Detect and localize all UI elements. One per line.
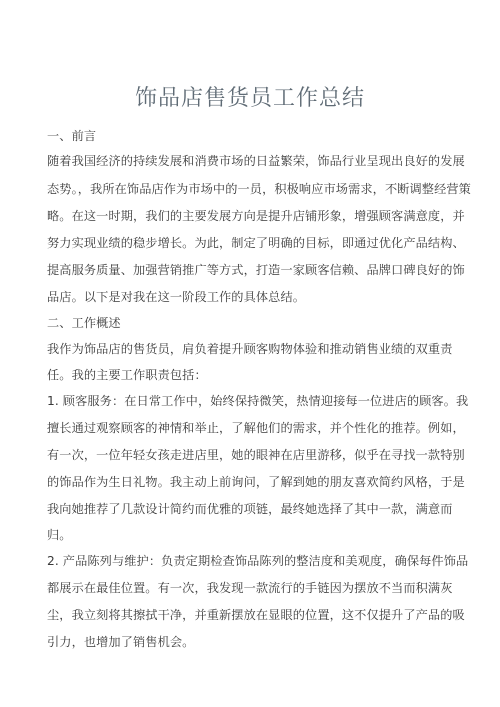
paragraph-line: 都展示在最佳位置。有一次，我发现一款流行的手链因为摆放不当而积满灰 bbox=[47, 580, 453, 596]
paragraph-line: 引力，也增加了销售机会。 bbox=[47, 634, 194, 650]
paragraph-line: 态势。，我所在饰品店作为市场中的一员，积极响应市场需求，不断调整经营策 bbox=[47, 181, 471, 197]
paragraph-line: 努力实现业绩的稳步增长。为此，制定了明确的目标，即通过优化产品结构、 bbox=[47, 235, 465, 251]
paragraph-line: 归。 bbox=[47, 527, 72, 543]
paragraph-line: 品店。以下是对我在这一阶段工作的具体总结。 bbox=[47, 289, 305, 305]
paragraph-line: 擅长通过观察顾客的神情和举止，了解他们的需求，并个性化的推荐。例如， bbox=[47, 420, 465, 436]
section-heading-overview: 二、工作概述 bbox=[47, 315, 121, 331]
paragraph-line: 我作为饰品店的售货员，肩负着提升顾客购物体验和推动销售业绩的双重责 bbox=[47, 341, 453, 357]
paragraph-line: 随着我国经济的持续发展和消费市场的日益繁荣，饰品行业呈现出良好的发展 bbox=[47, 153, 465, 169]
list-item-customer-service: 1. 顾客服务：在日常工作中，始终保持微笑，热情迎接每一位进店的顾客。我 bbox=[47, 393, 468, 409]
paragraph-line: 的饰品作为生日礼物。我主动上前询问，了解到她的朋友喜欢简约风格，于是 bbox=[47, 474, 465, 490]
document-page: 饰品店售货员工作总结 一、前言 随着我国经济的持续发展和消费市场的日益繁荣，饰品… bbox=[0, 0, 500, 707]
paragraph-line: 提高服务质量、加强营销推广等方式，打造一家顾客信赖、品牌口碑良好的饰 bbox=[47, 262, 465, 278]
list-item-product-display: 2. 产品陈列与维护：负责定期检查饰品陈列的整洁度和美观度，确保每件饰品 bbox=[47, 553, 468, 569]
section-heading-preface: 一、前言 bbox=[47, 128, 96, 144]
document-title: 饰品店售货员工作总结 bbox=[0, 84, 500, 114]
paragraph-line: 略。在这一时期，我们的主要发展方向是提升店铺形象，增强顾客满意度，并 bbox=[47, 208, 465, 224]
paragraph-line: 尘，我立刻将其擦拭干净，并重新摆放在显眼的位置，这不仅提升了产品的吸 bbox=[47, 607, 465, 623]
paragraph-line: 任。我的主要工作职责包括： bbox=[47, 367, 207, 383]
paragraph-line: 有一次，一位年轻女孩走进店里，她的眼神在店里游移，似乎在寻找一款特别 bbox=[47, 447, 465, 463]
paragraph-line: 我向她推荐了几款设计简约而优雅的项链，最终她选择了其中一款，满意而 bbox=[47, 501, 453, 517]
